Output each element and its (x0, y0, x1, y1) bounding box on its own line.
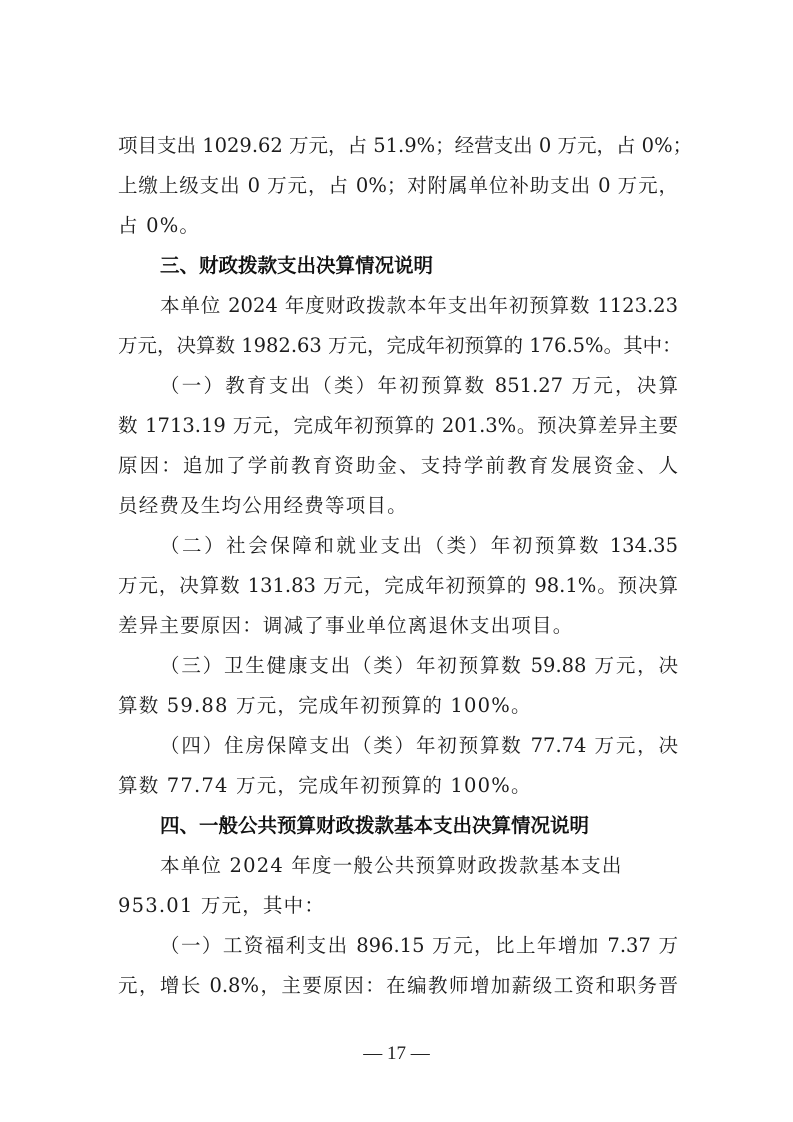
paragraph-line: 员经费及生均公用经费等项目。 (118, 493, 678, 519)
paragraph-line: 原因：追加了学前教育资助金、支持学前教育发展资金、人 (118, 453, 678, 479)
document-page: 项目支出 1029.62 万元，占 51.9%；经营支出 0 万元，占 0%； … (0, 0, 793, 1122)
paragraph-line: 算数 59.88 万元，完成年初预算的 100%。 (118, 693, 678, 719)
paragraph-line: 953.01 万元，其中： (118, 893, 678, 919)
section-heading-3: 三、财政拨款支出决算情况说明 (160, 253, 433, 279)
paragraph-line: （二）社会保障和就业支出（类）年初预算数 134.35 (160, 533, 678, 559)
paragraph-line: 万元，决算数 1982.63 万元，完成年初预算的 176.5%。其中： (118, 333, 678, 359)
paragraph-line: 万元，决算数 131.83 万元，完成年初预算的 98.1%。预决算 (118, 573, 678, 599)
paragraph-line: 上缴上级支出 0 万元，占 0%；对附属单位补助支出 0 万元， (118, 173, 678, 199)
paragraph-line: 元，增长 0.8%，主要原因：在编教师增加薪级工资和职务晋 (118, 973, 678, 999)
paragraph-line: （四）住房保障支出（类）年初预算数 77.74 万元，决 (160, 733, 678, 759)
paragraph-line: 本单位 2024 年度财政拨款本年支出年初预算数 1123.23 (160, 293, 678, 319)
paragraph-line: （三）卫生健康支出（类）年初预算数 59.88 万元，决 (160, 653, 678, 679)
paragraph-line: 项目支出 1029.62 万元，占 51.9%；经营支出 0 万元，占 0%； (118, 133, 678, 159)
paragraph-line: 差异主要原因：调减了事业单位离退休支出项目。 (118, 613, 678, 639)
paragraph-line: （一）教育支出（类）年初预算数 851.27 万元，决算 (160, 373, 678, 399)
paragraph-line: 本单位 2024 年度一般公共预算财政拨款基本支出 (160, 853, 678, 879)
paragraph-line: 占 0%。 (118, 213, 678, 239)
paragraph-line: （一）工资福利支出 896.15 万元，比上年增加 7.37 万 (160, 933, 678, 959)
section-heading-4: 四、一般公共预算财政拨款基本支出决算情况说明 (160, 813, 589, 839)
paragraph-line: 数 1713.19 万元，完成年初预算的 201.3%。预决算差异主要 (118, 413, 678, 439)
page-number: — 17 — (0, 1043, 793, 1065)
paragraph-line: 算数 77.74 万元，完成年初预算的 100%。 (118, 773, 678, 799)
